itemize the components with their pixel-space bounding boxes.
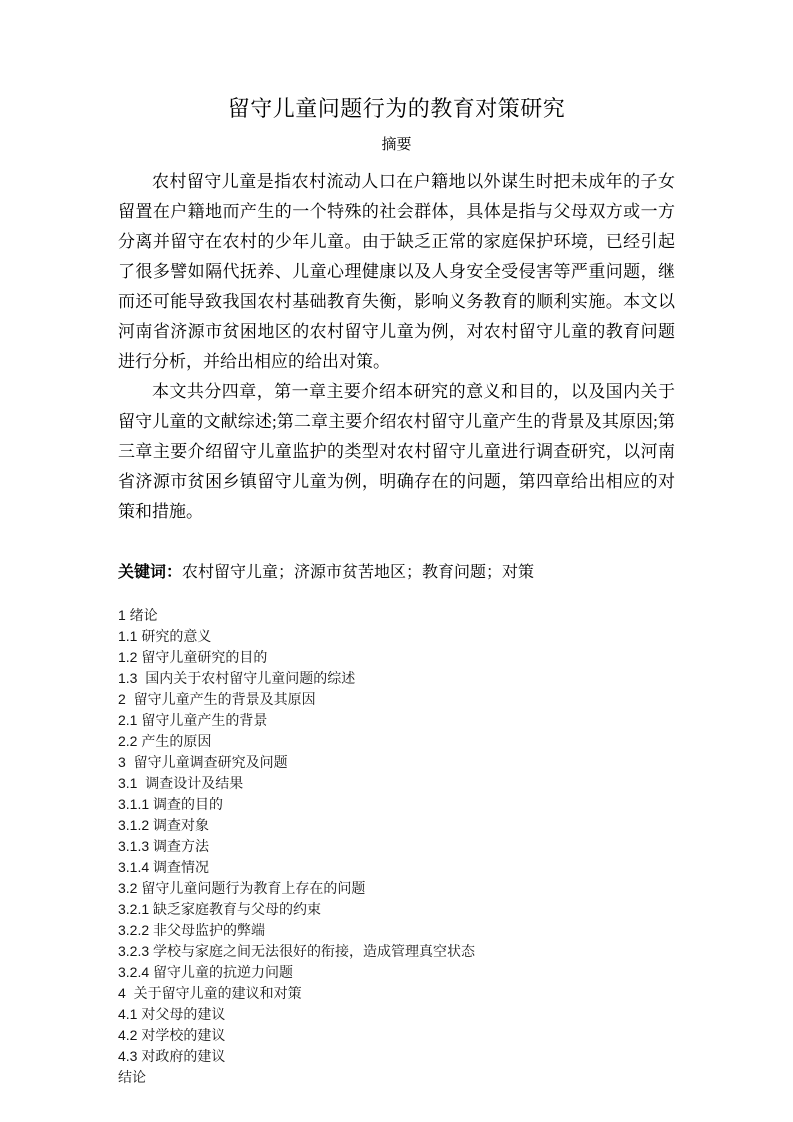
- keywords-label: 关键词：: [118, 564, 182, 581]
- toc-item: 3.2 留守儿童问题行为教育上存在的问题: [118, 878, 675, 899]
- toc-item: 4 关于留守儿童的建议和对策: [118, 983, 675, 1004]
- page-title: 留守儿童问题行为的教育对策研究: [118, 93, 675, 125]
- toc-item: 3.2.3 学校与家庭之间无法很好的衔接，造成管理真空状态: [118, 941, 675, 962]
- table-of-contents: 1 绪论 1.1 研究的意义 1.2 留守儿童研究的目的 1.3 国内关于农村留…: [118, 605, 675, 1088]
- keywords-line: 关键词：农村留守儿童；济源市贫苦地区；教育问题；对策: [118, 562, 675, 584]
- document-page: 留守儿童问题行为的教育对策研究 摘要 农村留守儿童是指农村流动人口在户籍地以外谋…: [0, 0, 793, 1122]
- toc-item: 4.1 对父母的建议: [118, 1004, 675, 1025]
- toc-item: 2.1 留守儿童产生的背景: [118, 710, 675, 731]
- toc-item: 3.1.4 调查情况: [118, 857, 675, 878]
- toc-item: 1 绪论: [118, 605, 675, 626]
- toc-item: 3.1.1 调查的目的: [118, 794, 675, 815]
- toc-item: 1.1 研究的意义: [118, 626, 675, 647]
- toc-item: 3.2.2 非父母监护的弊端: [118, 920, 675, 941]
- toc-item: 3.2.4 留守儿童的抗逆力问题: [118, 962, 675, 983]
- toc-item: 3.2.1 缺乏家庭教育与父母的约束: [118, 899, 675, 920]
- toc-item: 结论: [118, 1067, 675, 1088]
- abstract-paragraph-1: 农村留守儿童是指农村流动人口在户籍地以外谋生时把未成年的子女留置在户籍地而产生的…: [118, 167, 675, 377]
- toc-item: 3.1 调查设计及结果: [118, 773, 675, 794]
- toc-item: 1.2 留守儿童研究的目的: [118, 647, 675, 668]
- toc-item: 4.2 对学校的建议: [118, 1025, 675, 1046]
- toc-item: 2.2 产生的原因: [118, 731, 675, 752]
- toc-item: 3 留守儿童调查研究及问题: [118, 752, 675, 773]
- keywords-value: 农村留守儿童；济源市贫苦地区；教育问题；对策: [182, 564, 534, 581]
- toc-item: 1.3 国内关于农村留守儿童问题的综述: [118, 668, 675, 689]
- abstract-heading: 摘要: [118, 135, 675, 155]
- toc-item: 3.1.3 调查方法: [118, 836, 675, 857]
- toc-item: 2 留守儿童产生的背景及其原因: [118, 689, 675, 710]
- abstract-paragraph-2: 本文共分四章，第一章主要介绍本研究的意义和目的，以及国内关于留守儿童的文献综述;…: [118, 377, 675, 527]
- toc-item: 3.1.2 调查对象: [118, 815, 675, 836]
- toc-item: 4.3 对政府的建议: [118, 1046, 675, 1067]
